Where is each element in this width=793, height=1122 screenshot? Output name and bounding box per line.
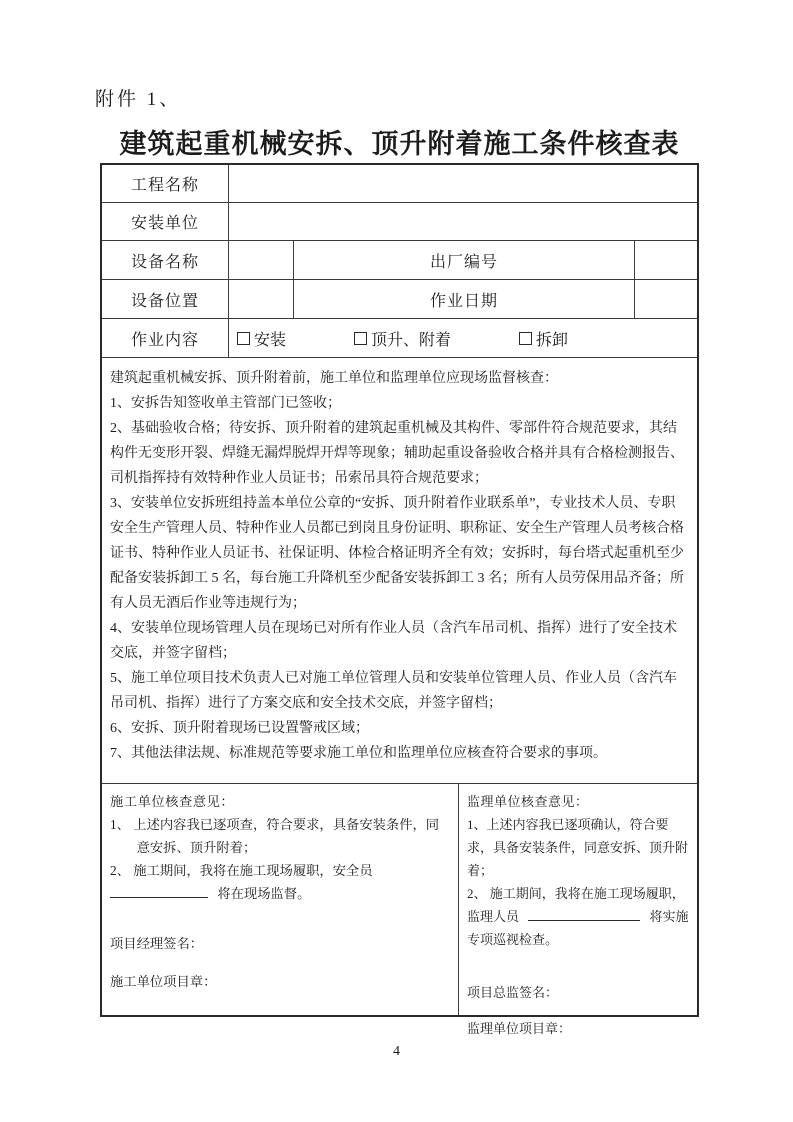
- option-dismantle-label: 拆卸: [536, 327, 568, 350]
- device-name-field[interactable]: [229, 241, 294, 279]
- checklist-item-2: 2、基础验收合格；待安拆、顶升附着的建筑起重机械及其构件、零部件符合规范要求，其…: [110, 416, 689, 491]
- work-date-label: 作业日期: [294, 280, 635, 318]
- device-location-field[interactable]: [229, 280, 294, 318]
- option-jackup-attach[interactable]: 顶升、附着: [354, 327, 451, 350]
- checklist-item-6: 6、安拆、顶升附着现场已设置警戒区域；: [110, 716, 689, 741]
- supervision-opinion-heading: 监理单位核查意见：: [467, 790, 689, 813]
- checklist-form-table: 工程名称 安装单位 设备名称 出厂编号 设备位置 作业日期 作业内容: [100, 163, 699, 1017]
- document-page: 附件 1、 建筑起重机械安拆、顶升附着施工条件核查表 工程名称 安装单位 设备名…: [0, 0, 793, 1122]
- construction-opinion-cell: 施工单位核查意见： 1、 上述内容我已逐项查，符合要求，具备安装条件，同意安拆、…: [102, 784, 459, 1015]
- device-location-label: 设备位置: [102, 280, 229, 318]
- row-work-content: 作业内容 安装 顶升、附着 拆卸: [102, 319, 697, 358]
- supervisor-name-blank[interactable]: [528, 908, 640, 921]
- option-jackup-attach-label: 顶升、附着: [371, 327, 451, 350]
- row-opinions: 施工单位核查意见： 1、 上述内容我已逐项查，符合要求，具备安装条件，同意安拆、…: [102, 784, 697, 1015]
- chief-supervisor-signature-label: 项目总监签名：: [467, 981, 689, 1004]
- row-device-name: 设备名称 出厂编号: [102, 241, 697, 280]
- construction-opinion-item1: 1、 上述内容我已逐项查，符合要求，具备安装条件，同意安拆、顶升附着；: [110, 813, 450, 859]
- project-name-field[interactable]: [229, 165, 697, 202]
- work-date-field[interactable]: [635, 280, 697, 318]
- option-install-label: 安装: [254, 327, 286, 350]
- install-unit-label: 安装单位: [102, 203, 229, 240]
- checklist-intro: 建筑起重机械安拆、顶升附着前，施工单位和监理单位应现场监督核查：: [110, 366, 689, 391]
- supervision-opinion-item2: 2、 施工期间，我将在施工现场履职，监理人员 将实施专项巡视检查。: [467, 882, 689, 951]
- device-name-label: 设备名称: [102, 241, 229, 279]
- install-unit-field[interactable]: [229, 203, 697, 240]
- construction-unit-stamp-label: 施工单位项目章：: [110, 970, 450, 993]
- project-manager-signature-label: 项目经理签名：: [110, 932, 450, 955]
- safety-officer-blank[interactable]: [110, 885, 208, 898]
- project-name-label: 工程名称: [102, 165, 229, 202]
- work-content-options: 安装 顶升、附着 拆卸: [229, 319, 697, 357]
- factory-number-label: 出厂编号: [294, 241, 635, 279]
- checkbox-icon[interactable]: [354, 332, 367, 345]
- supervision-opinion-item1: 1、上述内容我已逐项确认，符合要求，具备安装条件，同意安拆、顶升附着；: [467, 813, 689, 882]
- checklist-item-5: 5、施工单位项目技术负责人已对施工单位管理人员和安装单位管理人员、作业人员（含汽…: [110, 666, 689, 716]
- checklist-item-3: 3、安装单位安拆班组持盖本单位公章的“安拆、顶升附着作业联系单”，专业技术人员、…: [110, 491, 689, 616]
- checklist-text: 建筑起重机械安拆、顶升附着前，施工单位和监理单位应现场监督核查： 1、安拆告知签…: [102, 358, 697, 783]
- work-content-label: 作业内容: [102, 319, 229, 357]
- factory-number-field[interactable]: [635, 241, 697, 279]
- checklist-item-4: 4、安装单位现场管理人员在现场已对所有作业人员（含汽车吊司机、指挥）进行了安全技…: [110, 616, 689, 666]
- row-checklist: 建筑起重机械安拆、顶升附着前，施工单位和监理单位应现场监督核查： 1、安拆告知签…: [102, 358, 697, 784]
- option-install[interactable]: 安装: [237, 327, 286, 350]
- option-dismantle[interactable]: 拆卸: [519, 327, 568, 350]
- checkbox-icon[interactable]: [237, 332, 250, 345]
- row-project-name: 工程名称: [102, 165, 697, 203]
- row-install-unit: 安装单位: [102, 203, 697, 241]
- construction-opinion-item2: 2、 施工期间，我将在施工现场履职，安全员 将在现场监督。: [110, 859, 450, 905]
- page-title: 建筑起重机械安拆、顶升附着施工条件核查表: [100, 122, 699, 161]
- page-number: 4: [0, 1044, 793, 1060]
- construction-opinion-item2-prefix: 2、 施工期间，我将在施工现场履职，安全员: [110, 863, 373, 878]
- checklist-item-1: 1、安拆告知签收单主管部门已签收；: [110, 391, 689, 416]
- construction-opinion-item2-suffix: 将在现场监督。: [217, 886, 310, 901]
- supervision-opinion-cell: 监理单位核查意见： 1、上述内容我已逐项确认，符合要求，具备安装条件，同意安拆、…: [459, 784, 697, 1015]
- construction-opinion-heading: 施工单位核查意见：: [110, 790, 450, 813]
- checkbox-icon[interactable]: [519, 332, 532, 345]
- attachment-label: 附件 1、: [95, 84, 181, 111]
- supervision-unit-stamp-label: 监理单位项目章：: [467, 1017, 689, 1040]
- checklist-item-7: 7、其他法律法规、标准规范等要求施工单位和监理单位应核查符合要求的事项。: [110, 741, 689, 766]
- row-device-location: 设备位置 作业日期: [102, 280, 697, 319]
